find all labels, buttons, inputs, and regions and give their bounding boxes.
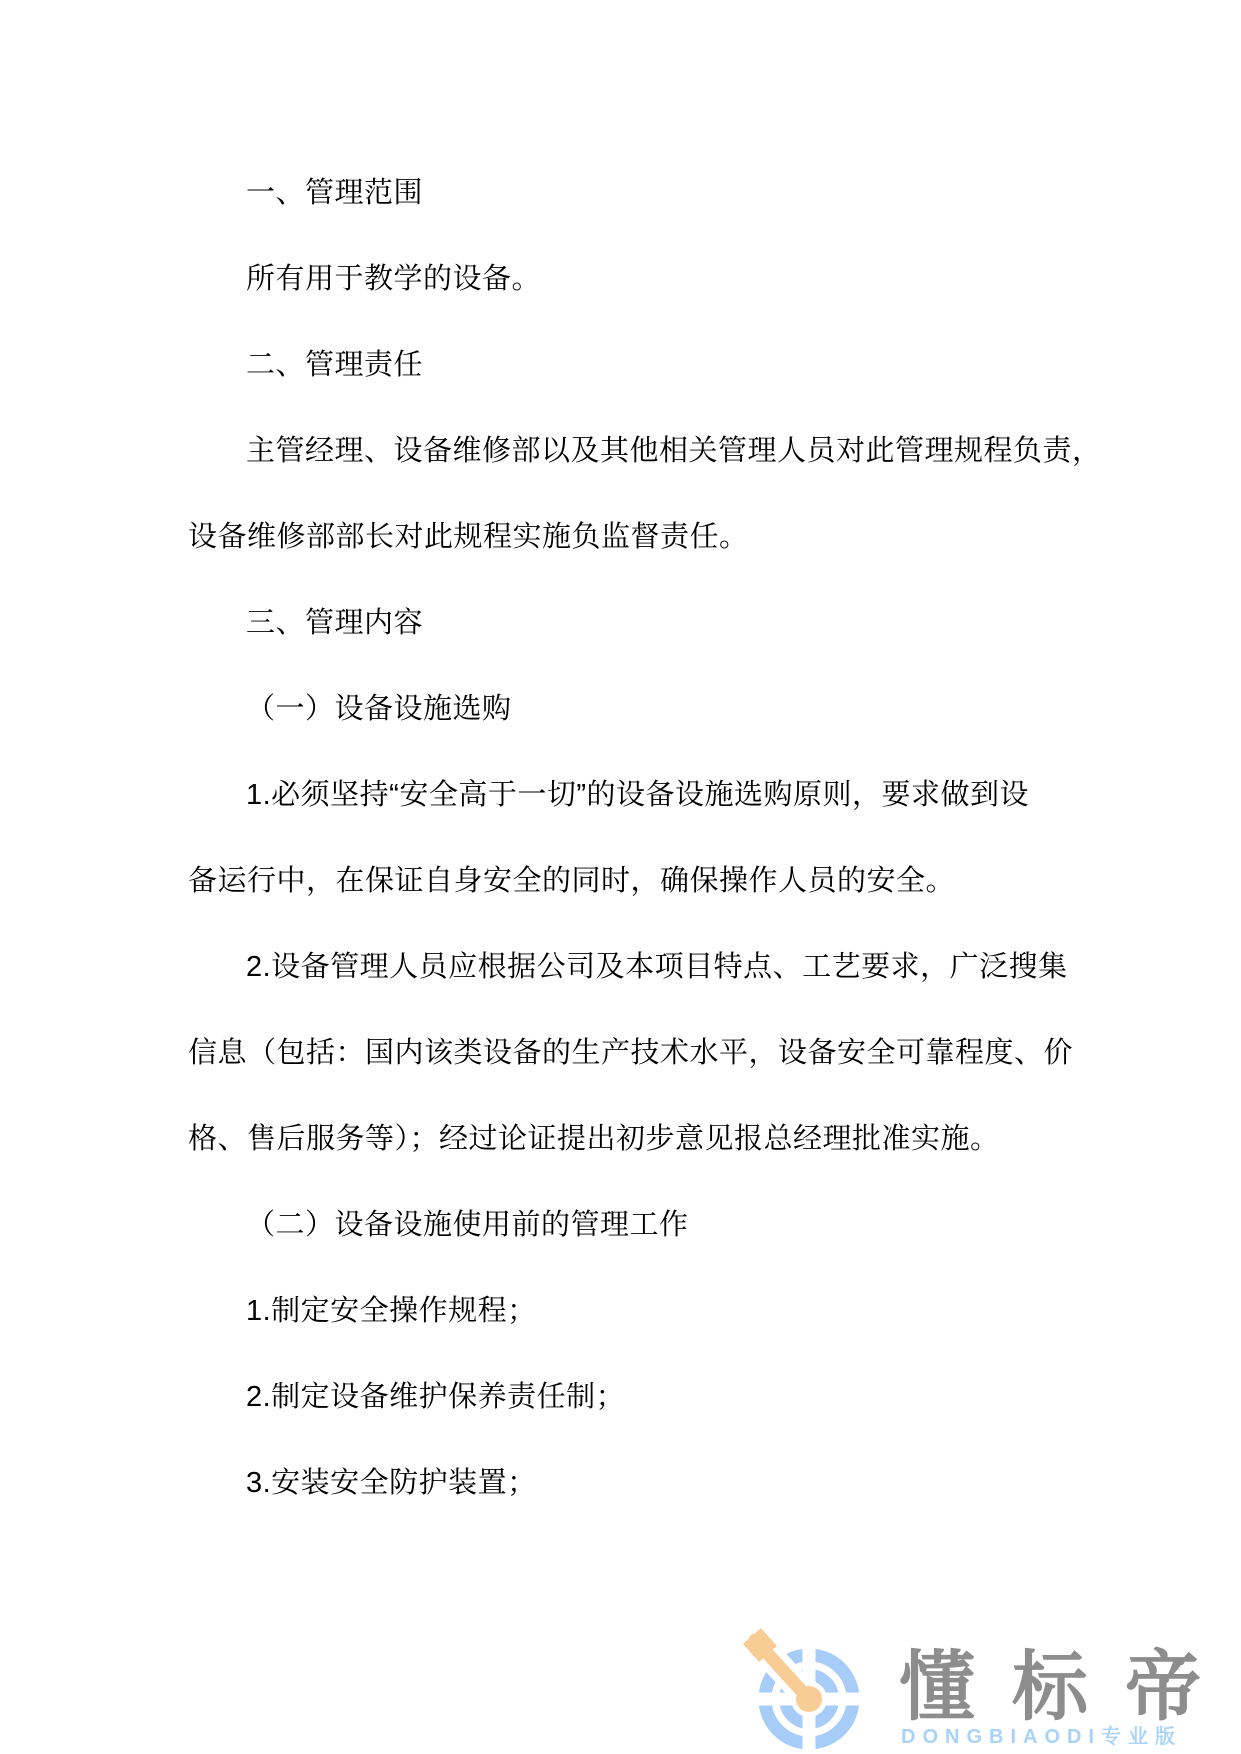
text-line: 备运行中，在保证自身安全的同时，确保操作人员的安全。: [188, 838, 1073, 924]
heading-line: 三、管理内容: [188, 580, 1073, 666]
text-line: 主管经理、设备维修部以及其他相关管理人员对此管理规程负责，: [188, 408, 1073, 494]
text-line: 2.制定设备维护保养责任制；: [188, 1354, 1073, 1440]
watermark-brand-name: 懂标帝: [899, 1650, 1238, 1726]
text-line: 3.安装安全防护装置；: [188, 1440, 1073, 1526]
text-line: 2.设备管理人员应根据公司及本项目特点、工艺要求，广泛搜集: [188, 924, 1073, 1010]
subheading-line: （一）设备设施选购: [188, 666, 1073, 752]
watermark-brand-subtitle: DONGBIAODI专业版: [901, 1726, 1182, 1748]
heading-line: 二、管理责任: [188, 322, 1073, 408]
text-line: 1.必须坚持“安全高于一切”的设备设施选购原则，要求做到设: [188, 752, 1073, 838]
text-line: 所有用于教学的设备。: [188, 236, 1073, 322]
text-line: 1.制定安全操作规程；: [188, 1268, 1073, 1354]
text-line: 信息（包括：国内该类设备的生产技术水平，设备安全可靠程度、价: [188, 1010, 1073, 1096]
target-arrow-icon: [739, 1622, 879, 1754]
heading-line: 一、管理范围: [188, 150, 1073, 236]
text-line: 设备维修部部长对此规程实施负监督责任。: [188, 494, 1073, 580]
document-page: 一、管理范围 所有用于教学的设备。 二、管理责任 主管经理、设备维修部以及其他相…: [0, 0, 1241, 1754]
document-body: 一、管理范围 所有用于教学的设备。 二、管理责任 主管经理、设备维修部以及其他相…: [188, 150, 1073, 1526]
subheading-line: （二）设备设施使用前的管理工作: [188, 1182, 1073, 1268]
text-line: 格、售后服务等）；经过论证提出初步意见报总经理批准实施。: [188, 1096, 1073, 1182]
